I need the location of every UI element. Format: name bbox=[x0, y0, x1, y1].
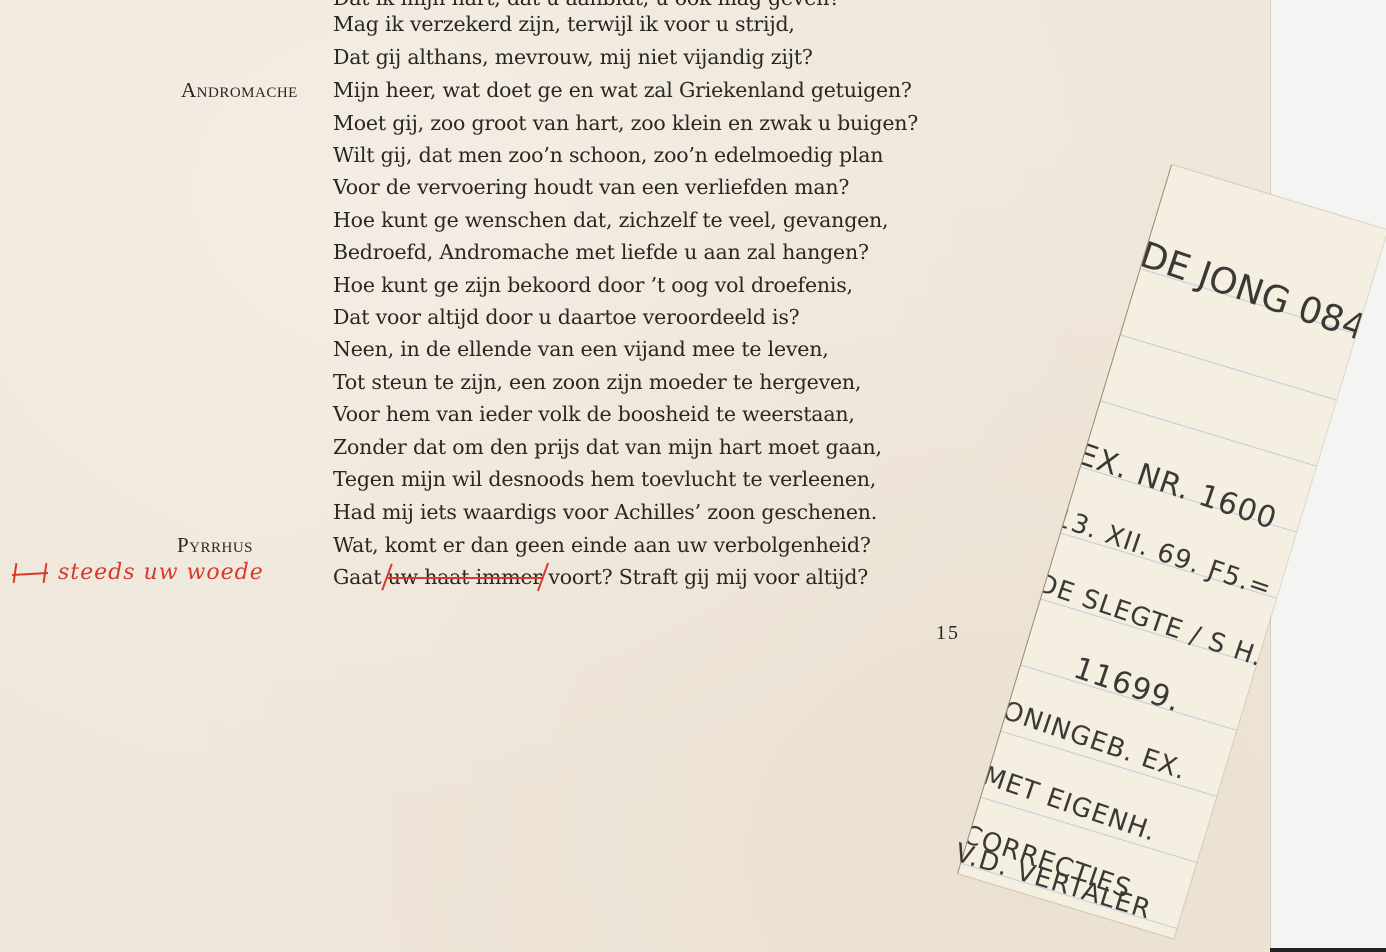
verse-text-after: voort? Straft gij mij voor altijd? bbox=[542, 565, 868, 589]
slip-line-catalog: De Jong 084 bbox=[1134, 234, 1386, 357]
verse-text-before: Gaat bbox=[333, 565, 388, 589]
verse-line: Mag ik verzekerd zijn, terwijl ik voor u… bbox=[333, 12, 795, 36]
scan-edge bbox=[1270, 948, 1386, 952]
correction-text: steeds uw woede bbox=[58, 560, 264, 585]
verse-line: Had mij iets waardigs voor Achilles’ zoo… bbox=[333, 500, 877, 524]
verse-line: Bedroefd, Andromache met liefde u aan za… bbox=[333, 240, 869, 264]
struck-out-text: uw haat immer bbox=[388, 565, 542, 589]
verse-line: Tot steun te zijn, een zoon zijn moeder … bbox=[333, 370, 861, 394]
verse-line: Voor hem van ieder volk de boosheid te w… bbox=[333, 402, 855, 426]
handwritten-correction: steeds uw woede bbox=[12, 560, 264, 585]
verse-line: Mijn heer, wat doet ge en wat zal Grieke… bbox=[333, 78, 912, 102]
verse-line: Tegen mijn wil desnoods hem toevlucht te… bbox=[333, 467, 876, 491]
verse-line: Dat gij althans, mevrouw, mij niet vijan… bbox=[333, 45, 813, 69]
verse-line-corrected: Gaat uw haat immer voort? Straft gij mij… bbox=[333, 565, 868, 589]
verse-line: Wat, komt er dan geen einde aan uw verbo… bbox=[333, 533, 871, 557]
verse-line: Voor de vervoering houdt van een verlief… bbox=[333, 175, 849, 199]
speaker-andromache: Andromache bbox=[181, 78, 298, 103]
verse-line: Wilt gij, dat men zoo’n schoon, zoo’n ed… bbox=[333, 143, 883, 167]
verse-line: Hoe kunt ge wenschen dat, zichzelf te ve… bbox=[333, 208, 888, 232]
verse-line: Hoe kunt ge zijn bekoord door ’t oog vol… bbox=[333, 273, 853, 297]
verse-line-cutoff: Dat ik mijn hart, dat u aanbidt, u ook m… bbox=[333, 0, 840, 10]
verse-line: Dat voor altijd door u daartoe veroordee… bbox=[333, 305, 799, 329]
verse-line: Moet gij, zoo groot van hart, zoo klein … bbox=[333, 111, 918, 135]
page-number: 15 bbox=[936, 622, 960, 645]
verse-line: Zonder dat om den prijs dat van mijn har… bbox=[333, 435, 882, 459]
insertion-mark-icon bbox=[12, 563, 48, 583]
verse-line: Neen, in de ellende van een vijand mee t… bbox=[333, 337, 829, 361]
speaker-pyrrhus: Pyrrhus bbox=[177, 533, 253, 558]
